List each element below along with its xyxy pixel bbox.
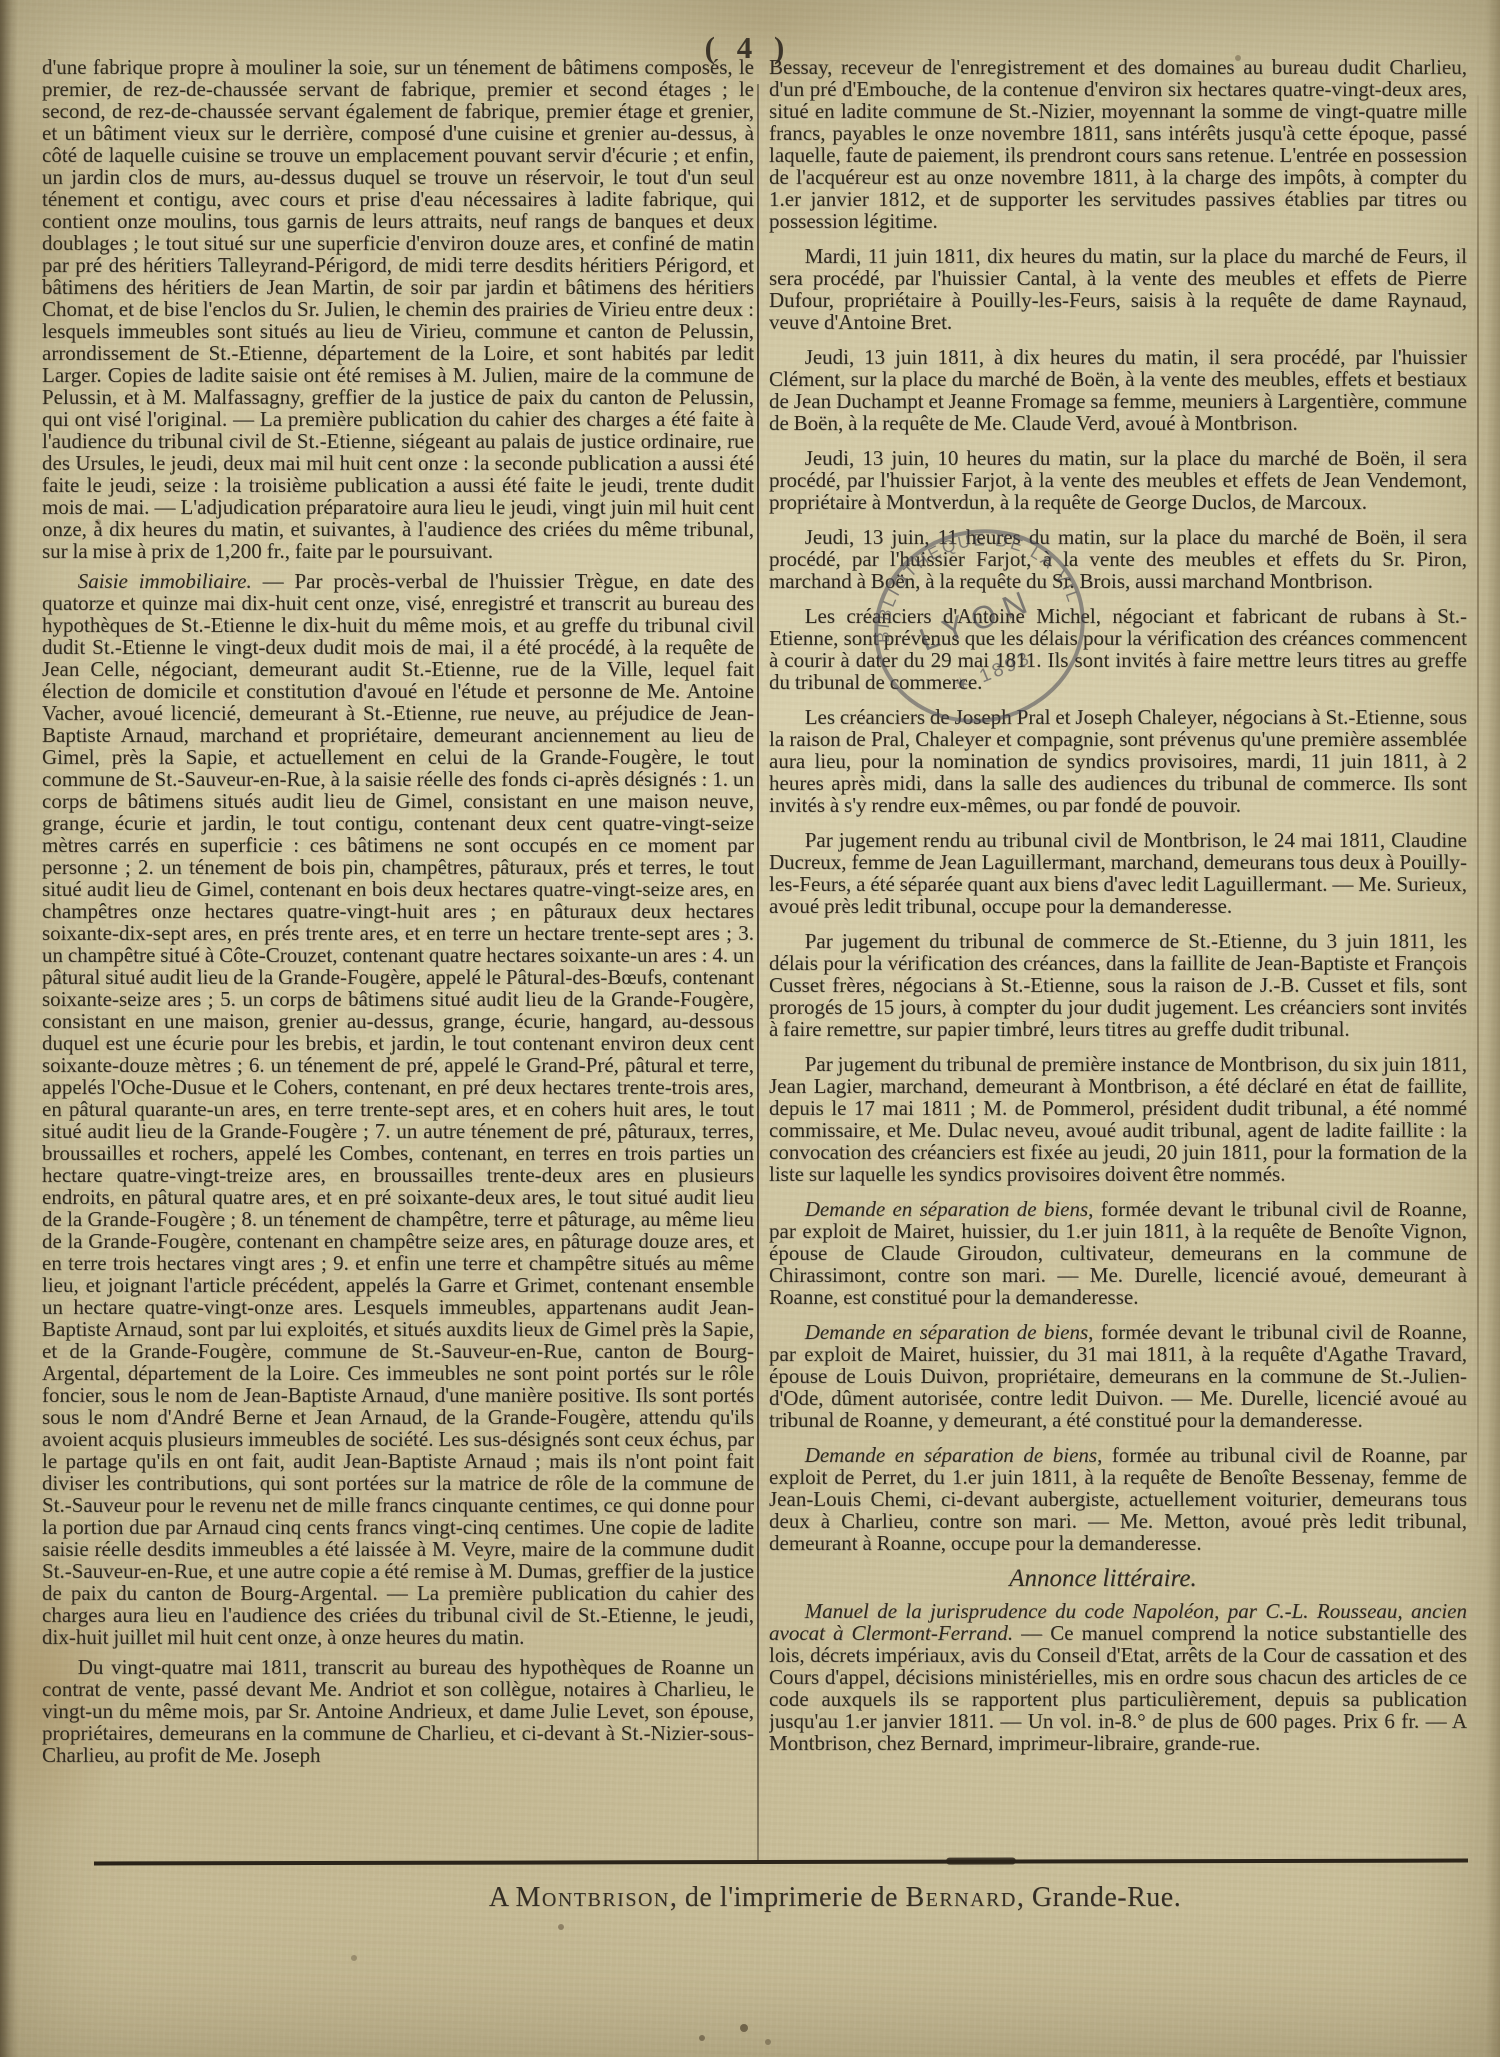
paragraph: Du vingt-quatre mai 1811, transcrit au b…	[42, 1656, 754, 1766]
paragraph-text: Mardi, 11 juin 1811, dix heures du matin…	[769, 244, 1467, 334]
page-edge-shadow	[1486, 0, 1500, 2057]
paragraph-text: Jeudi, 13 juin, 10 heures du matin, sur …	[769, 446, 1467, 514]
paragraph-text: Par jugement du tribunal de première ins…	[769, 1052, 1467, 1186]
paragraph-lead: Demande en séparation de biens	[805, 1197, 1088, 1221]
paragraph-text: Jeudi, 13 juin 1811, à dix heures du mat…	[769, 345, 1467, 435]
paper-crease	[1477, 95, 1479, 1525]
paragraph: Manuel de la jurisprudence du code Napol…	[769, 1600, 1467, 1754]
paragraph-text: Les créanciers d'Antoine Michel, négocia…	[769, 604, 1467, 694]
paragraph-text: Par jugement rendu au tribunal civil de …	[769, 828, 1467, 918]
paragraph: Jeudi, 13 juin 1811, à dix heures du mat…	[769, 346, 1467, 434]
paragraph: Par jugement rendu au tribunal civil de …	[769, 829, 1467, 917]
paragraph-text: Annonce littéraire.	[1009, 1565, 1197, 1592]
printer-imprint-footer: A Montbrison, de l'imprimerie de Bernard…	[400, 1882, 1270, 1914]
paragraph-text: Jeudi, 13 juin, 11 heures du matin, sur …	[769, 525, 1467, 593]
footer-text: A	[489, 1882, 516, 1913]
paragraph: Les créanciers d'Antoine Michel, négocia…	[769, 605, 1467, 693]
paragraph: Mardi, 11 juin 1811, dix heures du matin…	[769, 245, 1467, 333]
paragraph-text: Du vingt-quatre mai 1811, transcrit au b…	[42, 1655, 754, 1767]
paragraph: d'une fabrique propre à mouliner la soie…	[42, 56, 754, 562]
paragraph: Jeudi, 13 juin, 11 heures du matin, sur …	[769, 526, 1467, 592]
footer-text: , Grande-Rue.	[1017, 1882, 1181, 1913]
left-text-column: d'une fabrique propre à mouliner la soie…	[42, 56, 754, 1858]
paragraph-lead: Demande en séparation de biens	[805, 1320, 1088, 1344]
paragraph-text: — Par procès-verbal de l'huissier Trègue…	[42, 569, 754, 1649]
paragraph: Annonce littéraire.	[769, 1568, 1437, 1590]
paragraph: Par jugement du tribunal de première ins…	[769, 1053, 1467, 1185]
paragraph: Par jugement du tribunal de commerce de …	[769, 930, 1467, 1040]
paragraph-lead: Saisie immobiliaire.	[78, 569, 252, 593]
paragraph: Bessay, receveur de l'enregistrement et …	[769, 56, 1467, 232]
footer-text: , de l'imprimerie de	[670, 1882, 906, 1913]
paragraph-text: Les créanciers de Joseph Pral et Joseph …	[769, 705, 1467, 817]
footer-separator-rule	[94, 1859, 1468, 1870]
book-gutter-shadow	[0, 0, 18, 2057]
column-divider-rule	[757, 84, 759, 1860]
paragraph-text: Bessay, receveur de l'enregistrement et …	[769, 56, 1467, 233]
paragraph: Jeudi, 13 juin, 10 heures du matin, sur …	[769, 447, 1467, 513]
ink-specks	[0, 0, 4, 4]
paragraph-lead: Demande en séparation de biens	[805, 1443, 1097, 1467]
footer-printer: Bernard	[905, 1882, 1016, 1913]
paragraph-text: Par jugement du tribunal de commerce de …	[769, 929, 1467, 1041]
right-text-column: Bessay, receveur de l'enregistrement et …	[769, 56, 1467, 1858]
scanned-newspaper-page: ( 4 ) d'une fabrique propre à mouliner l…	[0, 0, 1500, 2057]
footer-city: Montbrison	[516, 1882, 670, 1913]
paragraph: Les créanciers de Joseph Pral et Joseph …	[769, 706, 1467, 816]
paragraph: Saisie immobiliaire. — Par procès-verbal…	[42, 570, 754, 1648]
paragraph-text: d'une fabrique propre à mouliner la soie…	[42, 56, 754, 563]
paragraph: Demande en séparation de biens, formée a…	[769, 1444, 1467, 1554]
paragraph: Demande en séparation de biens, formée d…	[769, 1321, 1467, 1431]
paragraph: Demande en séparation de biens, formée d…	[769, 1198, 1467, 1308]
